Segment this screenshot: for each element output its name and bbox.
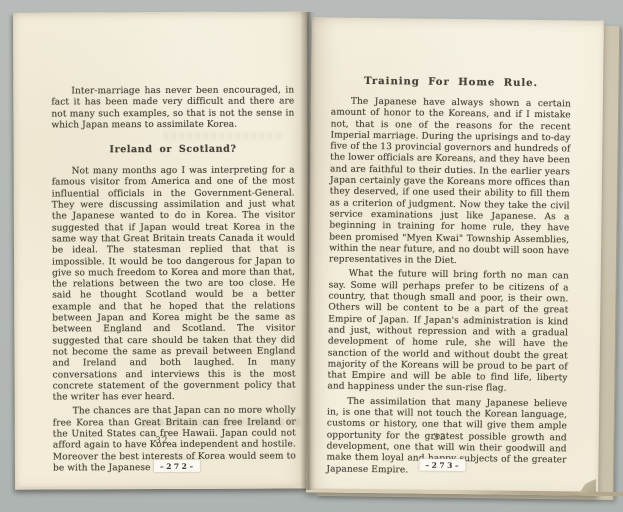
paragraph: What the future will bring forth no man …	[327, 269, 569, 396]
paragraph: Inter-marriage has never been encouraged…	[51, 85, 294, 131]
page-number: 32	[15, 435, 309, 446]
section-heading: Ireland or Scotland?	[52, 144, 295, 156]
chapter-heading: Training For Home Rule.	[331, 75, 571, 89]
archive-label: –273–	[419, 459, 465, 472]
photo-backdrop: Inter-marriage has never been encouraged…	[0, 0, 623, 512]
paragraph: Not many months ago I was interpreting f…	[52, 166, 296, 404]
left-page: Inter-marriage has never been encouraged…	[13, 11, 309, 489]
left-page-text-block: Inter-marriage has never been encouraged…	[13, 11, 309, 474]
paragraph: The Japanese have always shown a certain…	[329, 96, 571, 268]
right-page-text-block: Training For Home Rule. The Japanese hav…	[306, 17, 604, 478]
archive-label: –272–	[154, 460, 200, 472]
right-page: Training For Home Rule. The Japanese hav…	[306, 17, 604, 496]
